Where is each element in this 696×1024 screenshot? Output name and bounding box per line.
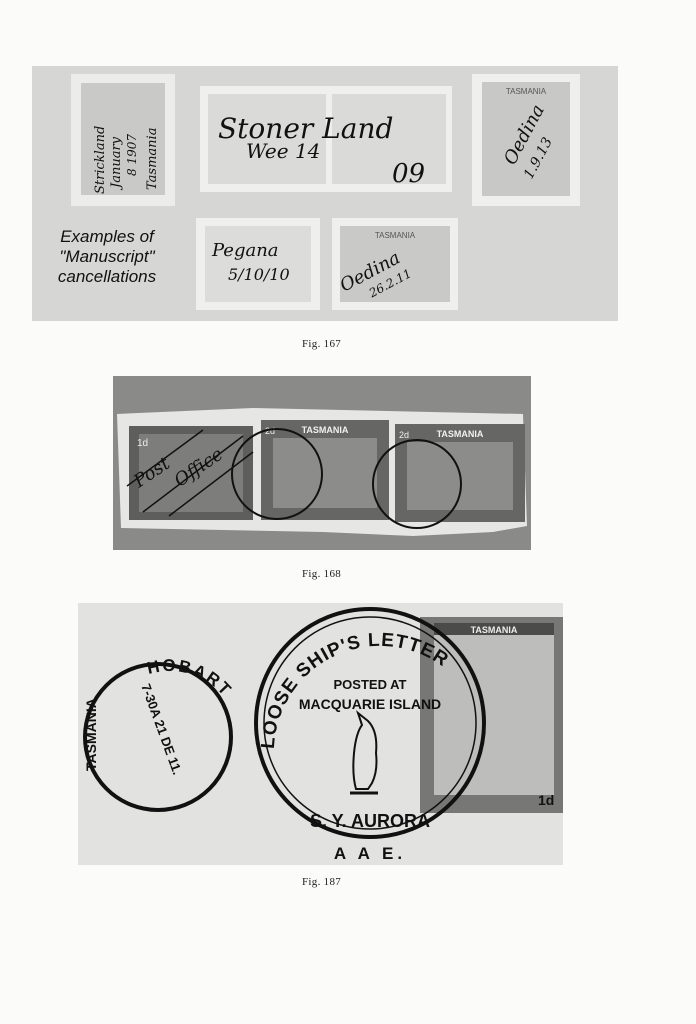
svg-text:8 1907: 8 1907 [125,134,139,176]
svg-text:"Manuscript": "Manuscript" [59,247,155,266]
figure-167-illustration: Strickland January 8 1907 Tasmania Stone… [32,66,618,321]
svg-text:cancellations: cancellations [58,267,157,286]
figure-167-photo: Strickland January 8 1907 Tasmania Stone… [32,66,618,321]
svg-text:TASMANIA: TASMANIA [302,425,349,435]
svg-text:Strickland: Strickland [93,126,108,194]
svg-text:Wee 14: Wee 14 [246,139,320,163]
penguin-icon [350,713,378,793]
svg-text:2d: 2d [399,430,409,440]
figure-168-photo: 1d Post Office TASMANIA 2d TASMANIA 2d [113,376,531,550]
figure-168-illustration: 1d Post Office TASMANIA 2d TASMANIA 2d [113,376,531,550]
svg-text:January: January [109,136,124,191]
svg-text:TASMANIA: TASMANIA [375,231,416,240]
svg-text:Examples of: Examples of [60,227,156,246]
svg-text:TASMANIA: TASMANIA [471,625,518,635]
figure-187-caption: Fig. 187 [302,876,341,888]
svg-text:A A E.: A A E. [334,844,406,863]
svg-text:7-30A 21 DE 11.: 7-30A 21 DE 11. [138,682,185,777]
svg-text:TASMANIA: TASMANIA [437,429,484,439]
svg-text:5/10/10: 5/10/10 [228,265,290,284]
svg-text:1d: 1d [137,438,148,449]
svg-text:Pegana: Pegana [211,240,279,261]
svg-text:POSTED AT: POSTED AT [334,677,407,692]
svg-text:09: 09 [392,159,425,189]
svg-text:1d: 1d [538,792,554,808]
figure-187-illustration: TASMANIA 1d HOBART 7-30A 21 DE 11. TASMA… [78,603,563,865]
svg-text:S. Y. AURORA: S. Y. AURORA [310,811,430,831]
figure-167-caption: Fig. 167 [302,338,341,350]
svg-text:HOBART: HOBART [145,656,236,700]
svg-text:Tasmania: Tasmania [145,128,160,190]
svg-text:TASMANIA: TASMANIA [506,87,547,96]
figure-168-caption: Fig. 168 [302,568,341,580]
svg-text:TASMANIA: TASMANIA [83,698,99,771]
svg-text:MACQUARIE ISLAND: MACQUARIE ISLAND [299,696,441,712]
figure-187-photo: TASMANIA 1d HOBART 7-30A 21 DE 11. TASMA… [78,603,563,865]
